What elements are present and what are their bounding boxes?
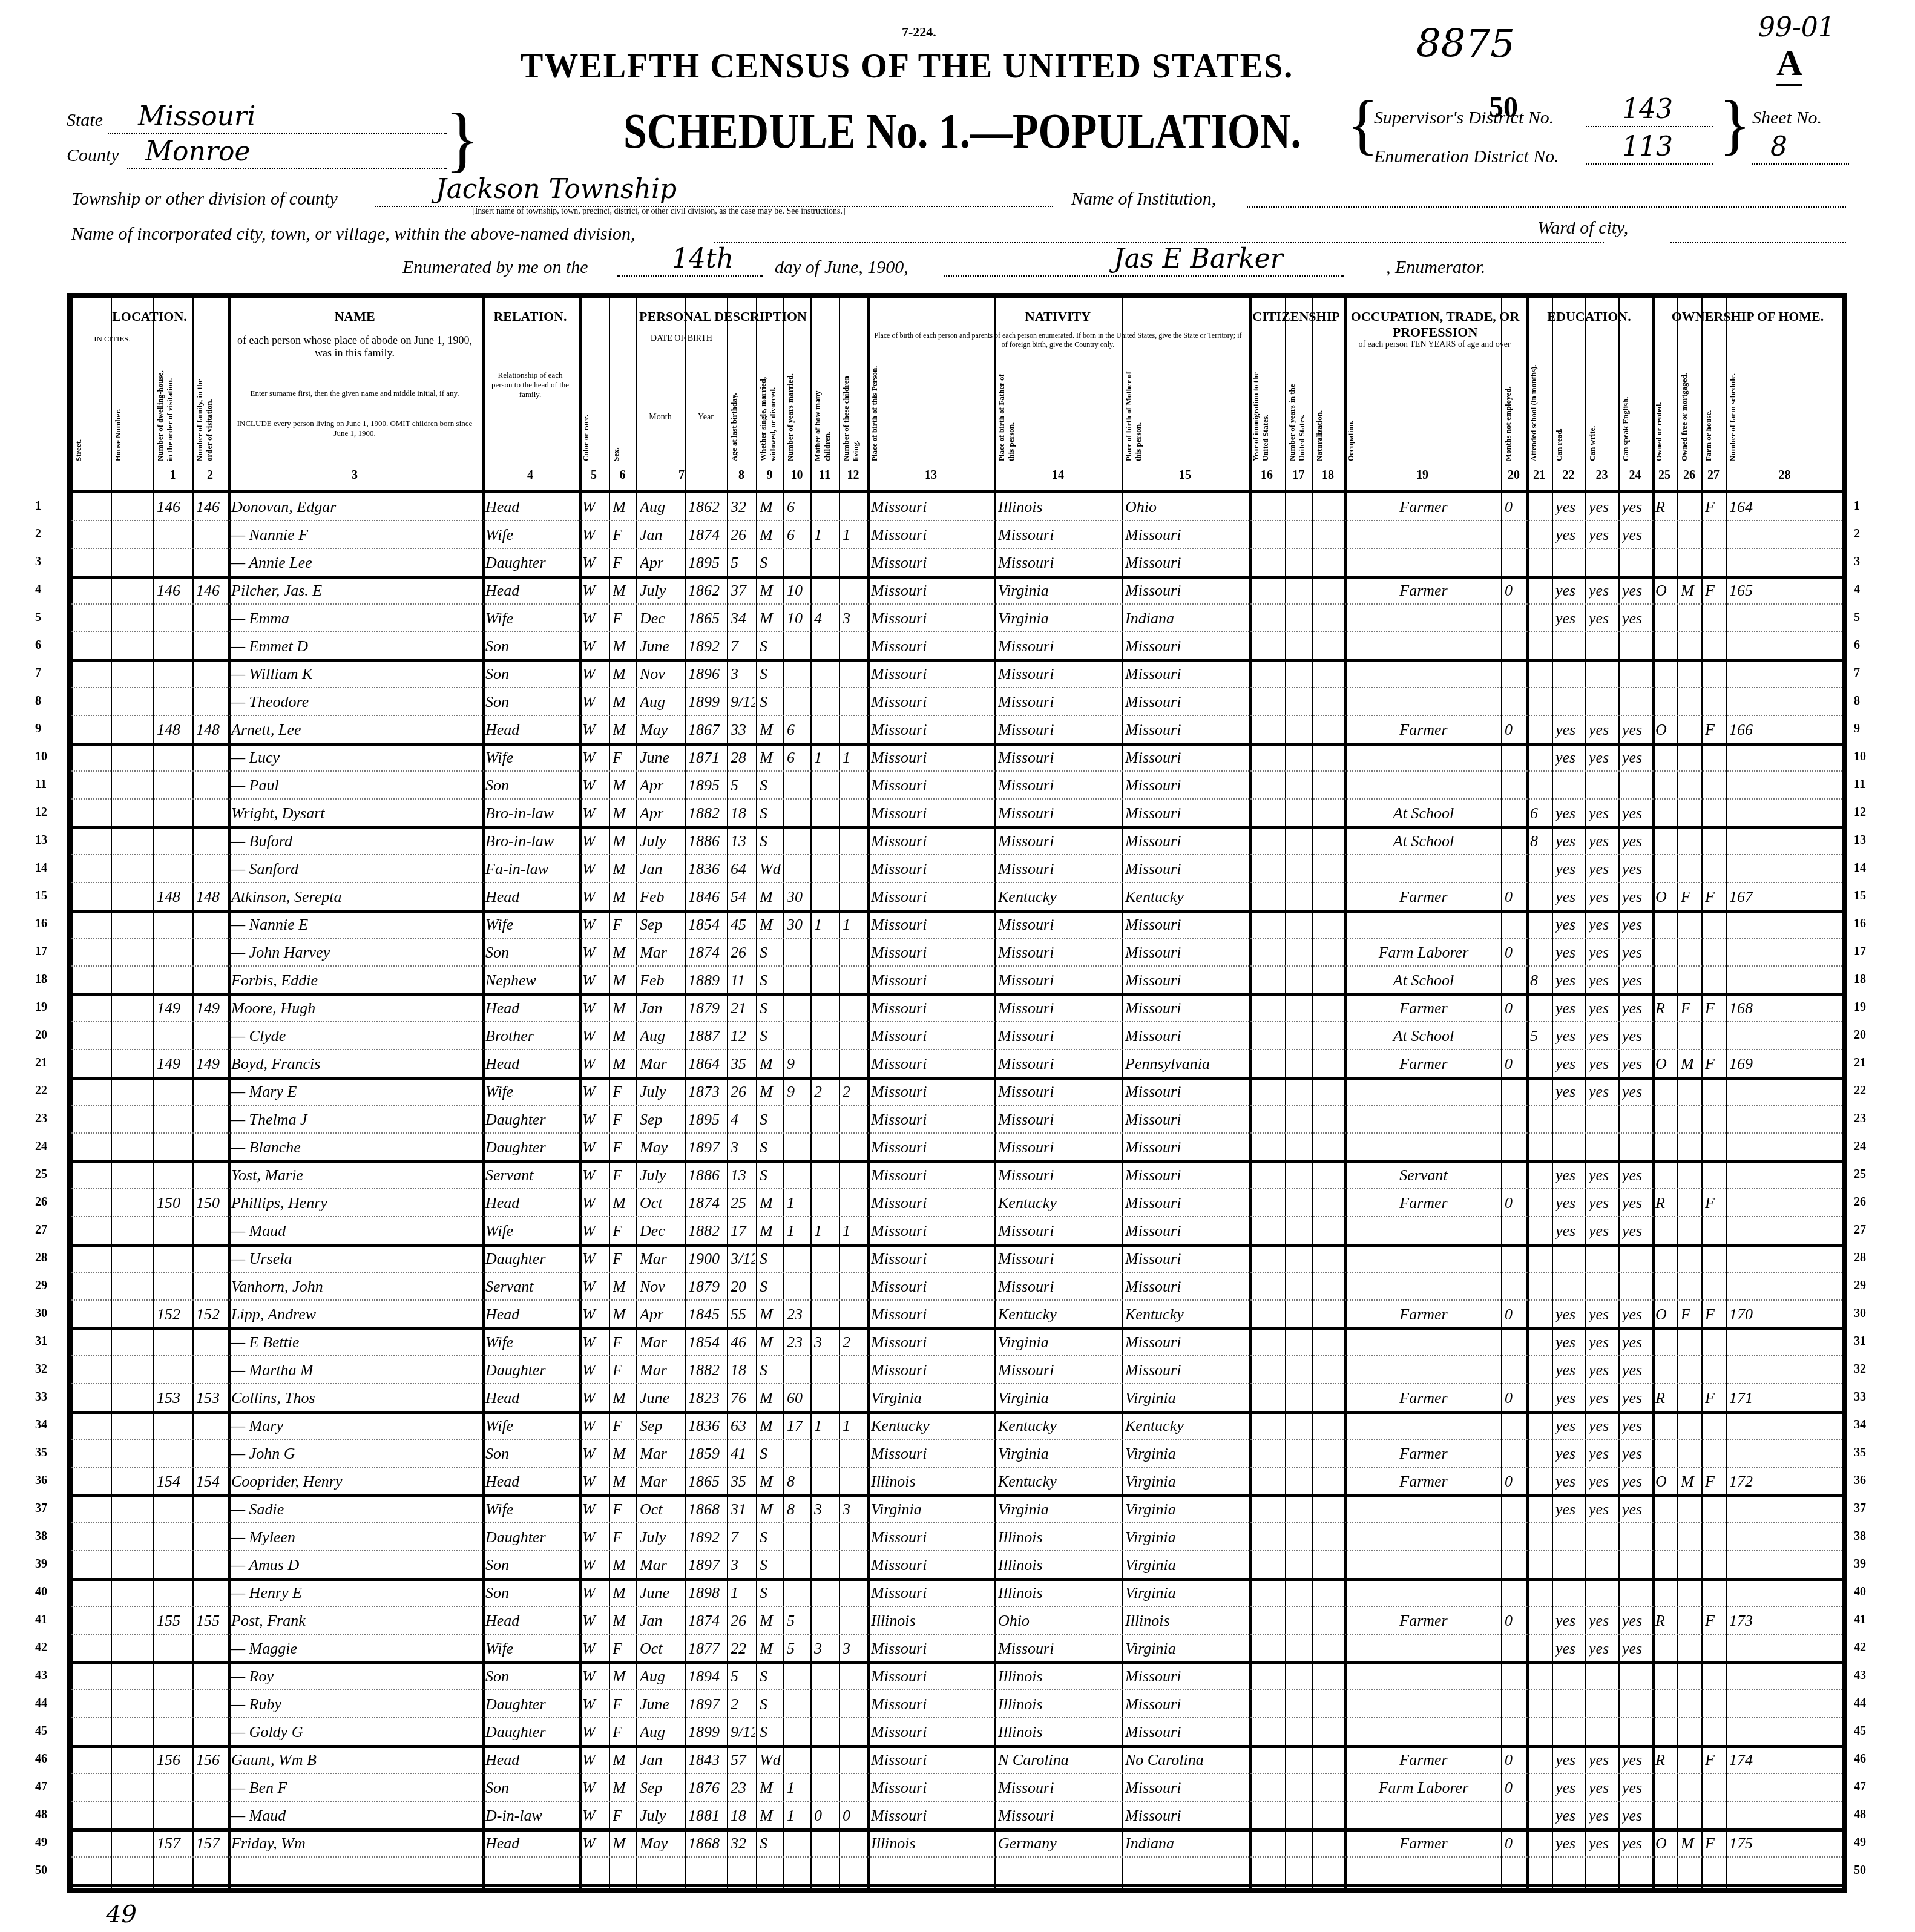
table-row[interactable]: 154154Cooprider, HenryHeadWMMar186535M8I… xyxy=(71,1469,1842,1497)
cell-birth-mother: Kentucky xyxy=(1125,888,1247,906)
cell-schedule: 175 xyxy=(1729,1835,1842,1853)
cell-dwelling: 153 xyxy=(157,1389,191,1407)
cell-months-unemployed: 0 xyxy=(1505,1751,1525,1769)
cell-family: 148 xyxy=(196,888,226,906)
cell-mother-of: 1 xyxy=(814,1222,838,1240)
cell-months-unemployed: 0 xyxy=(1505,721,1525,739)
institution-field[interactable] xyxy=(1247,185,1846,208)
table-row[interactable]: — Emmet DSonWMJune18927SMissouriMissouri… xyxy=(71,634,1842,662)
state-label: State xyxy=(67,110,103,131)
cell-occupation: Farmer xyxy=(1347,1473,1500,1491)
line-number-left: 39 xyxy=(35,1557,47,1571)
cell-write: yes xyxy=(1589,1417,1617,1435)
line-number-left: 6 xyxy=(35,639,41,652)
cell-english: yes xyxy=(1622,804,1651,823)
cell-free: F xyxy=(1681,888,1700,906)
cell-year: 1868 xyxy=(688,1500,726,1519)
cell-color: W xyxy=(582,944,608,962)
cell-sex: M xyxy=(613,1556,635,1574)
table-row[interactable]: — PaulSonWMApr18955SMissouriMissouriMiss… xyxy=(71,773,1842,800)
cell-relation: Head xyxy=(485,1612,577,1630)
column-header-house: House Number. xyxy=(113,364,151,461)
cell-marital: M xyxy=(760,1389,782,1407)
cell-month: Mar xyxy=(640,1361,683,1379)
cell-write: yes xyxy=(1589,971,1617,990)
cell-birth-mother: Missouri xyxy=(1125,1138,1247,1157)
column-header-nat: Naturalization. xyxy=(1315,364,1341,461)
cell-birth-father: Illinois xyxy=(998,1723,1120,1741)
cell-sex: F xyxy=(613,1138,635,1157)
table-row[interactable]: — TheodoreSonWMAug18999/12SMissouriMisso… xyxy=(71,689,1842,716)
cell-write: yes xyxy=(1589,944,1617,962)
cell-own: O xyxy=(1655,582,1676,600)
table-row[interactable]: — Goldy GDaughterWFAug18999/12SMissouriI… xyxy=(71,1720,1842,1748)
cell-sex: M xyxy=(613,804,635,823)
table-row[interactable]: 155155Post, FrankHeadWMJan187426M5Illino… xyxy=(71,1608,1842,1635)
cell-marital: S xyxy=(760,1111,782,1129)
cell-marital: M xyxy=(760,749,782,767)
line-number-left: 27 xyxy=(35,1223,47,1237)
cell-farm: F xyxy=(1705,1194,1724,1212)
line-number-left: 16 xyxy=(35,917,47,931)
cell-sex: F xyxy=(613,1500,635,1519)
table-row[interactable]: — Martha MDaughterWFMar188218SMissouriMi… xyxy=(71,1358,1842,1384)
cell-month: Apr xyxy=(640,804,683,823)
cell-living: 1 xyxy=(843,1417,866,1435)
cell-write: yes xyxy=(1589,832,1617,850)
cell-dwelling: 146 xyxy=(157,582,191,600)
cell-birth-person: Missouri xyxy=(871,999,993,1017)
cell-birth-person: Missouri xyxy=(871,971,993,990)
cell-relation: Head xyxy=(485,999,577,1017)
cell-year: 1873 xyxy=(688,1083,726,1101)
cell-age: 32 xyxy=(731,498,755,516)
cell-years-married: 10 xyxy=(787,609,809,628)
cell-english: yes xyxy=(1622,1751,1651,1769)
cell-birth-mother: Missouri xyxy=(1125,526,1247,544)
cell-farm: F xyxy=(1705,1389,1724,1407)
cell-birth-person: Missouri xyxy=(871,749,993,767)
cell-schedule: 166 xyxy=(1729,721,1842,739)
cell-marital: S xyxy=(760,665,782,683)
cell-read: yes xyxy=(1555,582,1584,600)
column-header-dwelling: Number of dwelling-house, in the order o… xyxy=(156,364,190,461)
sheet-label: Sheet No. xyxy=(1752,108,1822,128)
column-number-mother_of: 11 xyxy=(810,468,839,482)
cell-age: 37 xyxy=(731,582,755,600)
cell-birth-father: Missouri xyxy=(998,721,1120,739)
line-number-left: 33 xyxy=(35,1390,47,1404)
cell-birth-father: Missouri xyxy=(998,1807,1120,1825)
table-row[interactable]: — MaudWifeWFDec188217M111MissouriMissour… xyxy=(71,1218,1842,1247)
table-row[interactable]: — LucyWifeWFJune187128M611MissouriMissou… xyxy=(71,745,1842,772)
cell-write: yes xyxy=(1589,1445,1617,1463)
cell-color: W xyxy=(582,1473,608,1491)
county-field[interactable]: Monroe xyxy=(127,144,447,169)
cell-write: yes xyxy=(1589,526,1617,544)
cell-living: 1 xyxy=(843,916,866,934)
cell-birth-person: Missouri xyxy=(871,860,993,878)
table-row[interactable]: — Thelma JDaughterWFSep18954SMissouriMis… xyxy=(71,1107,1842,1134)
cell-own: R xyxy=(1655,999,1676,1017)
cell-family: 149 xyxy=(196,999,226,1017)
cell-month: Aug xyxy=(640,498,683,516)
table-row[interactable]: — E BettieWifeWFMar185446M2332MissouriVi… xyxy=(71,1330,1842,1356)
cell-living: 3 xyxy=(843,609,866,628)
cell-color: W xyxy=(582,665,608,683)
line-number-right: 24 xyxy=(1854,1140,1866,1154)
cell-relation: Daughter xyxy=(485,1361,577,1379)
cell-birth-person: Illinois xyxy=(871,1473,993,1491)
table-row[interactable]: — John HarveySonWMMar187426SMissouriMiss… xyxy=(71,940,1842,967)
cell-dwelling: 150 xyxy=(157,1194,191,1212)
cell-birth-mother: Missouri xyxy=(1125,1250,1247,1268)
column-header-own: Owned or rented. xyxy=(1654,364,1675,461)
table-row[interactable]: 156156Gaunt, Wm BHeadWMJan184357WdMissou… xyxy=(71,1747,1842,1774)
cell-marital: S xyxy=(760,804,782,823)
cell-color: W xyxy=(582,1278,608,1296)
cell-marital: M xyxy=(760,1333,782,1352)
cell-months-unemployed: 0 xyxy=(1505,1389,1525,1407)
column-number-write: 23 xyxy=(1585,468,1618,482)
table-row[interactable]: 150150Phillips, HenryHeadWMOct187425M1Mi… xyxy=(71,1191,1842,1217)
line-number-left: 17 xyxy=(35,945,47,959)
table-row[interactable]: 152152Lipp, AndrewHeadWMApr184555M23Miss… xyxy=(71,1302,1842,1330)
cell-schedule: 168 xyxy=(1729,999,1842,1017)
line-number-right: 44 xyxy=(1854,1697,1866,1710)
cell-relation: Son xyxy=(485,1445,577,1463)
ward-label: Ward of city, xyxy=(1537,218,1628,238)
cell-name: — Blanche xyxy=(231,1138,481,1157)
table-row[interactable]: — MaryWifeWFSep183663M1711KentuckyKentuc… xyxy=(71,1413,1842,1440)
cell-year: 1836 xyxy=(688,860,726,878)
cell-relation: Daughter xyxy=(485,1250,577,1268)
table-row[interactable]: — EmmaWifeWFDec186534M1043MissouriVirgin… xyxy=(71,606,1842,632)
cell-write: yes xyxy=(1589,1083,1617,1101)
cell-name: Lipp, Andrew xyxy=(231,1306,481,1324)
cell-year: 1899 xyxy=(688,1723,726,1741)
cell-birth-father: Missouri xyxy=(998,665,1120,683)
cell-age: 7 xyxy=(731,637,755,655)
table-row[interactable]: 153153Collins, ThosHeadWMJune182376M60Vi… xyxy=(71,1385,1842,1414)
table-row[interactable]: 157157Friday, WmHeadWMMay186832SIllinois… xyxy=(71,1831,1842,1858)
line-number-left: 48 xyxy=(35,1808,47,1822)
cell-color: W xyxy=(582,1361,608,1379)
table-row[interactable]: — BlancheDaughterWFMay18973SMissouriMiss… xyxy=(71,1135,1842,1163)
cell-month: Sep xyxy=(640,916,683,934)
cell-occupation: Farmer xyxy=(1347,888,1500,906)
cell-age: 18 xyxy=(731,804,755,823)
cell-mother-of: 1 xyxy=(814,749,838,767)
township-field[interactable]: Jackson Township xyxy=(375,182,1053,207)
cell-write: yes xyxy=(1589,1807,1617,1825)
cell-birth-mother: Missouri xyxy=(1125,582,1247,600)
line-number-left: 40 xyxy=(35,1585,47,1599)
cell-read: yes xyxy=(1555,1640,1584,1658)
table-row[interactable]: — MaggieWifeWFOct187722M533MissouriMisso… xyxy=(71,1636,1842,1664)
cell-year: 1892 xyxy=(688,637,726,655)
cell-name: — John Harvey xyxy=(231,944,481,962)
sheet-field[interactable]: 8 xyxy=(1752,140,1849,165)
table-row[interactable]: 146146Pilcher, Jas. EHeadWMJuly186237M10… xyxy=(71,578,1842,605)
cell-age: 34 xyxy=(731,609,755,628)
group-header-ownership: OWNERSHIP OF HOME. xyxy=(1652,309,1844,324)
cell-marital: S xyxy=(760,832,782,850)
cell-relation: Head xyxy=(485,1835,577,1853)
line-number-left: 30 xyxy=(35,1307,47,1321)
cell-sex: F xyxy=(613,1807,635,1825)
table-row[interactable]: — Ben FSonWMSep187623M1MissouriMissouriM… xyxy=(71,1775,1842,1802)
cell-month: Jan xyxy=(640,1751,683,1769)
cell-write: yes xyxy=(1589,1751,1617,1769)
ward-field[interactable] xyxy=(1670,220,1846,243)
cell-family: 152 xyxy=(196,1306,226,1324)
cell-month: July xyxy=(640,1807,683,1825)
enumeration-label: Enumeration District No. xyxy=(1374,146,1559,167)
cell-years-married: 30 xyxy=(787,916,809,934)
cell-own: R xyxy=(1655,1389,1676,1407)
cell-marital: M xyxy=(760,1083,782,1101)
cell-year: 1879 xyxy=(688,1278,726,1296)
cell-english: yes xyxy=(1622,1333,1651,1352)
cell-years-married: 5 xyxy=(787,1612,809,1630)
line-number-right: 26 xyxy=(1854,1195,1866,1209)
column-header-write: Can write. xyxy=(1588,364,1616,461)
cell-year: 1876 xyxy=(688,1779,726,1797)
cell-year: 1854 xyxy=(688,1333,726,1352)
line-number-right: 19 xyxy=(1854,1000,1866,1014)
cell-school: 8 xyxy=(1530,832,1551,850)
column-header-sex: Sex. xyxy=(611,364,634,461)
cell-birth-mother: Virginia xyxy=(1125,1556,1247,1574)
cell-year: 1881 xyxy=(688,1807,726,1825)
cell-english: yes xyxy=(1622,999,1651,1017)
table-row[interactable]: — Amus DSonWMMar18973SMissouriIllinoisVi… xyxy=(71,1552,1842,1581)
table-row[interactable]: — MyleenDaughterWFJuly18927SMissouriIlli… xyxy=(71,1525,1842,1551)
table-row[interactable]: — William KSonWMNov18963SMissouriMissour… xyxy=(71,662,1842,688)
table-row[interactable]: 146146Donovan, EdgarHeadWMAug186232M6Mis… xyxy=(71,494,1842,521)
cell-months-unemployed: 0 xyxy=(1505,582,1525,600)
cell-age: 25 xyxy=(731,1194,755,1212)
cell-read: yes xyxy=(1555,609,1584,628)
cell-month: Apr xyxy=(640,1306,683,1324)
cell-family: 146 xyxy=(196,498,226,516)
line-number-left: 9 xyxy=(35,722,41,736)
cell-birth-mother: Missouri xyxy=(1125,1807,1247,1825)
cell-sex: M xyxy=(613,721,635,739)
line-number-left: 15 xyxy=(35,889,47,903)
line-number-right: 41 xyxy=(1854,1613,1866,1627)
cell-birth-father: Missouri xyxy=(998,1278,1120,1296)
table-row[interactable]: Forbis, EddieNephewWMFeb188911SMissouriM… xyxy=(71,968,1842,996)
column-header-read: Can read. xyxy=(1554,364,1583,461)
table-row[interactable]: Vanhorn, JohnServantWMNov187920SMissouri… xyxy=(71,1274,1842,1301)
line-number-right: 20 xyxy=(1854,1028,1866,1042)
cell-name: Moore, Hugh xyxy=(231,999,481,1017)
cell-birth-mother: Virginia xyxy=(1125,1584,1247,1602)
table-row[interactable]: — SadieWifeWFOct186831M833VirginiaVirgin… xyxy=(71,1497,1842,1523)
cell-months-unemployed: 0 xyxy=(1505,944,1525,962)
cell-years-married: 9 xyxy=(787,1055,809,1073)
cell-marital: M xyxy=(760,1055,782,1073)
cell-sex: F xyxy=(613,609,635,628)
cell-relation: Brother xyxy=(485,1027,577,1045)
table-row[interactable]: 149149Moore, HughHeadWMJan187921SMissour… xyxy=(71,996,1842,1022)
line-number-left: 45 xyxy=(35,1724,47,1738)
sheet-letter: A xyxy=(1776,42,1802,86)
cell-occupation: Farmer xyxy=(1347,1612,1500,1630)
cell-month: Sep xyxy=(640,1779,683,1797)
cell-sex: M xyxy=(613,1278,635,1296)
cell-age: 76 xyxy=(731,1389,755,1407)
cell-birth-person: Missouri xyxy=(871,1083,993,1101)
cell-months-unemployed: 0 xyxy=(1505,888,1525,906)
cell-marital: S xyxy=(760,1835,782,1853)
cell-english: yes xyxy=(1622,721,1651,739)
table-row[interactable]: — MaudD-in-lawWFJuly188118M100MissouriMi… xyxy=(71,1803,1842,1832)
cell-age: 57 xyxy=(731,1751,755,1769)
table-row[interactable]: Yost, MarieServantWFJuly188613SMissouriM… xyxy=(71,1163,1842,1189)
cell-free: M xyxy=(1681,1473,1700,1491)
table-row[interactable]: — BufordBro-in-lawWMJuly188613SMissouriM… xyxy=(71,829,1842,855)
cell-color: W xyxy=(582,1612,608,1630)
cell-birth-person: Missouri xyxy=(871,1751,993,1769)
cell-sex: F xyxy=(613,1333,635,1352)
table-row[interactable]: — SanfordFa-in-lawWMJan183664WdMissouriM… xyxy=(71,856,1842,883)
cell-farm: F xyxy=(1705,498,1724,516)
cell-birth-father: Illinois xyxy=(998,1667,1120,1686)
cell-age: 13 xyxy=(731,1166,755,1184)
cell-years-married: 6 xyxy=(787,721,809,739)
cell-year: 1886 xyxy=(688,832,726,850)
cell-month: Jan xyxy=(640,999,683,1017)
cell-year: 1862 xyxy=(688,582,726,600)
cell-birth-father: Virginia xyxy=(998,1333,1120,1352)
table-row[interactable]: 148148Arnett, LeeHeadWMMay186733M6Missou… xyxy=(71,717,1842,746)
cell-age: 3/12 xyxy=(731,1250,755,1268)
table-row[interactable]: 5050 xyxy=(71,1859,1842,1887)
table-row[interactable]: — Annie LeeDaughterWFApr18955SMissouriMi… xyxy=(71,550,1842,579)
cell-english: yes xyxy=(1622,944,1651,962)
group-header-occupation: OCCUPATION, TRADE, OR PROFESSION xyxy=(1344,309,1526,340)
cell-name: Phillips, Henry xyxy=(231,1194,481,1212)
cell-birth-mother: Missouri xyxy=(1125,1222,1247,1240)
cell-relation: Servant xyxy=(485,1166,577,1184)
enumerator-field[interactable]: Jas E Barker xyxy=(944,251,1344,277)
cell-name: — Paul xyxy=(231,777,481,795)
cell-read: yes xyxy=(1555,944,1584,962)
line-number-left: 8 xyxy=(35,694,41,708)
cell-month: Nov xyxy=(640,1278,683,1296)
cell-year: 1882 xyxy=(688,1361,726,1379)
cell-age: 11 xyxy=(731,971,755,990)
cell-years-married: 30 xyxy=(787,888,809,906)
cell-age: 26 xyxy=(731,1612,755,1630)
cell-name: Gaunt, Wm B xyxy=(231,1751,481,1769)
supervisor-field[interactable]: 143 xyxy=(1586,103,1713,127)
cell-relation: Daughter xyxy=(485,1138,577,1157)
cell-color: W xyxy=(582,1445,608,1463)
cell-birth-father: Missouri xyxy=(998,832,1120,850)
line-number-left: 49 xyxy=(35,1836,47,1850)
table-row[interactable]: — RoySonWMAug18945SMissouriIllinoisMisso… xyxy=(71,1664,1842,1690)
brace-district-close: } xyxy=(1719,91,1751,157)
line-number-left: 44 xyxy=(35,1697,47,1710)
cell-name: — Roy xyxy=(231,1667,481,1686)
table-row[interactable]: — RubyDaughterWFJune18972SMissouriIllino… xyxy=(71,1692,1842,1718)
cell-write: yes xyxy=(1589,1612,1617,1630)
cell-mother-of: 2 xyxy=(814,1083,838,1101)
line-number-left: 13 xyxy=(35,833,47,847)
cell-relation: Son xyxy=(485,777,577,795)
table-row[interactable]: — ClydeBrotherWMAug188712SMissouriMissou… xyxy=(71,1023,1842,1050)
cell-read: yes xyxy=(1555,498,1584,516)
table-row[interactable]: — Nannie FWifeWFJan187426M611MissouriMis… xyxy=(71,522,1842,549)
cell-name: — Buford xyxy=(231,832,481,850)
cell-birth-mother: Missouri xyxy=(1125,1779,1247,1797)
year-label: Year xyxy=(685,413,727,422)
cell-relation: Wife xyxy=(485,1333,577,1352)
cell-occupation: Servant xyxy=(1347,1166,1500,1184)
column-header-years_married: Number of years married. xyxy=(786,364,808,461)
cell-relation: Head xyxy=(485,721,577,739)
cell-color: W xyxy=(582,1556,608,1574)
cell-year: 1845 xyxy=(688,1306,726,1324)
cell-schedule: 164 xyxy=(1729,498,1842,516)
cell-read: yes xyxy=(1555,526,1584,544)
table-row[interactable]: — Mary EWifeWFJuly187326M922MissouriMiss… xyxy=(71,1079,1842,1106)
cell-family: 149 xyxy=(196,1055,226,1073)
table-row[interactable]: — UrselaDaughterWFMar19003/12SMissouriMi… xyxy=(71,1246,1842,1273)
cell-name: Cooprider, Henry xyxy=(231,1473,481,1491)
cell-read: yes xyxy=(1555,1779,1584,1797)
enumerated-prefix: Enumerated by me on the xyxy=(402,257,588,278)
cell-read: yes xyxy=(1555,1751,1584,1769)
city-field[interactable] xyxy=(714,220,1604,243)
cell-birth-mother: Kentucky xyxy=(1125,1417,1247,1435)
cell-name: Donovan, Edgar xyxy=(231,498,481,516)
enumeration-field[interactable]: 113 xyxy=(1586,140,1713,165)
table-row[interactable]: — Henry ESonWMJune18981SMissouriIllinois… xyxy=(71,1580,1842,1607)
cell-birth-father: Kentucky xyxy=(998,1417,1120,1435)
table-row[interactable]: 148148Atkinson, SereptaHeadWMFeb184654M3… xyxy=(71,884,1842,913)
cell-birth-person: Missouri xyxy=(871,582,993,600)
table-row[interactable]: — Nannie EWifeWFSep185445M3011MissouriMi… xyxy=(71,912,1842,939)
cell-marital: M xyxy=(760,526,782,544)
enumerated-day-field[interactable]: 14th xyxy=(617,251,763,277)
column-number-sex: 6 xyxy=(609,468,636,482)
cell-birth-father: Missouri xyxy=(998,1111,1120,1129)
table-row[interactable]: 149149Boyd, FrancisHeadWMMar186435M9Miss… xyxy=(71,1051,1842,1080)
line-number-right: 38 xyxy=(1854,1529,1866,1543)
cell-english: yes xyxy=(1622,526,1651,544)
state-field[interactable]: Missouri xyxy=(108,109,447,134)
cell-sex: F xyxy=(613,1640,635,1658)
cell-occupation: Farmer xyxy=(1347,1306,1500,1324)
cell-birth-person: Missouri xyxy=(871,916,993,934)
column-header-color: Color or race. xyxy=(581,364,606,461)
table-row[interactable]: — John GSonWMMar185941SMissouriVirginiaV… xyxy=(71,1441,1842,1468)
cell-birth-father: Missouri xyxy=(998,554,1120,572)
cell-relation: Son xyxy=(485,1584,577,1602)
cell-year: 1897 xyxy=(688,1695,726,1713)
cell-english: yes xyxy=(1622,1027,1651,1045)
table-row[interactable]: Wright, DysartBro-in-lawWMApr188218SMiss… xyxy=(71,801,1842,829)
cell-years-married: 6 xyxy=(787,526,809,544)
cell-month: Mar xyxy=(640,1473,683,1491)
cell-year: 1862 xyxy=(688,498,726,516)
cell-birth-mother: Virginia xyxy=(1125,1500,1247,1519)
